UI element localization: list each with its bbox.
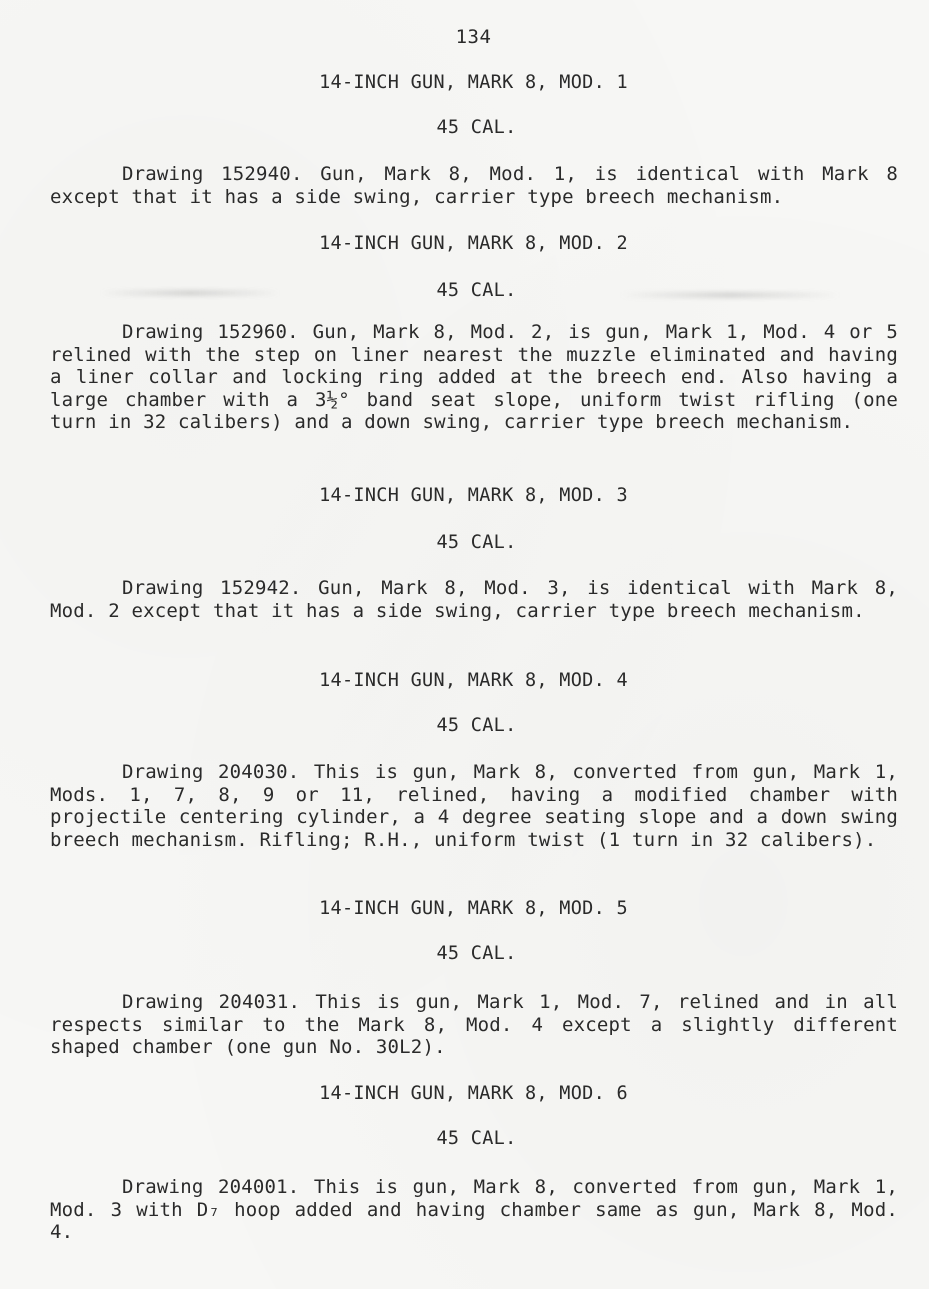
section-body-text: Drawing 204031. This is gun, Mark 1, Mod… [50,991,898,1058]
section-caliber: 45 CAL. [0,280,929,301]
section-caliber: 45 CAL. [0,117,929,138]
section-body: Drawing 152940. Gun, Mark 8, Mod. 1, is … [50,163,898,208]
document-page: 134 14-INCH GUN, MARK 8, MOD. 1 45 CAL. … [0,0,929,1289]
section-body: Drawing 152942. Gun, Mark 8, Mod. 3, is … [50,577,898,622]
section-body: Drawing 152960. Gun, Mark 8, Mod. 2, is … [50,321,898,434]
section-body: Drawing 204031. This is gun, Mark 1, Mod… [50,991,898,1059]
section-heading: 14-INCH GUN, MARK 8, MOD. 1 [0,72,929,93]
section-heading: 14-INCH GUN, MARK 8, MOD. 6 [0,1083,929,1104]
section-caliber: 45 CAL. [0,1128,929,1149]
page-number: 134 [0,26,929,48]
section-body-text: Drawing 204030. This is gun, Mark 8, con… [50,761,898,851]
section-heading: 14-INCH GUN, MARK 8, MOD. 2 [0,233,929,254]
section-caliber: 45 CAL. [0,715,929,736]
section-body-text: Drawing 152940. Gun, Mark 8, Mod. 1, is … [50,163,898,208]
section-heading: 14-INCH GUN, MARK 8, MOD. 5 [0,898,929,919]
section-heading: 14-INCH GUN, MARK 8, MOD. 4 [0,670,929,691]
section-caliber: 45 CAL. [0,532,929,553]
section-caliber: 45 CAL. [0,943,929,964]
section-body: Drawing 204030. This is gun, Mark 8, con… [50,761,898,851]
section-heading: 14-INCH GUN, MARK 8, MOD. 3 [0,485,929,506]
section-body-text: Drawing 204001. This is gun, Mark 8, con… [50,1176,898,1243]
section-body-text: Drawing 152942. Gun, Mark 8, Mod. 3, is … [50,577,898,622]
section-body-text: Drawing 152960. Gun, Mark 8, Mod. 2, is … [50,321,898,433]
section-body: Drawing 204001. This is gun, Mark 8, con… [50,1176,898,1244]
